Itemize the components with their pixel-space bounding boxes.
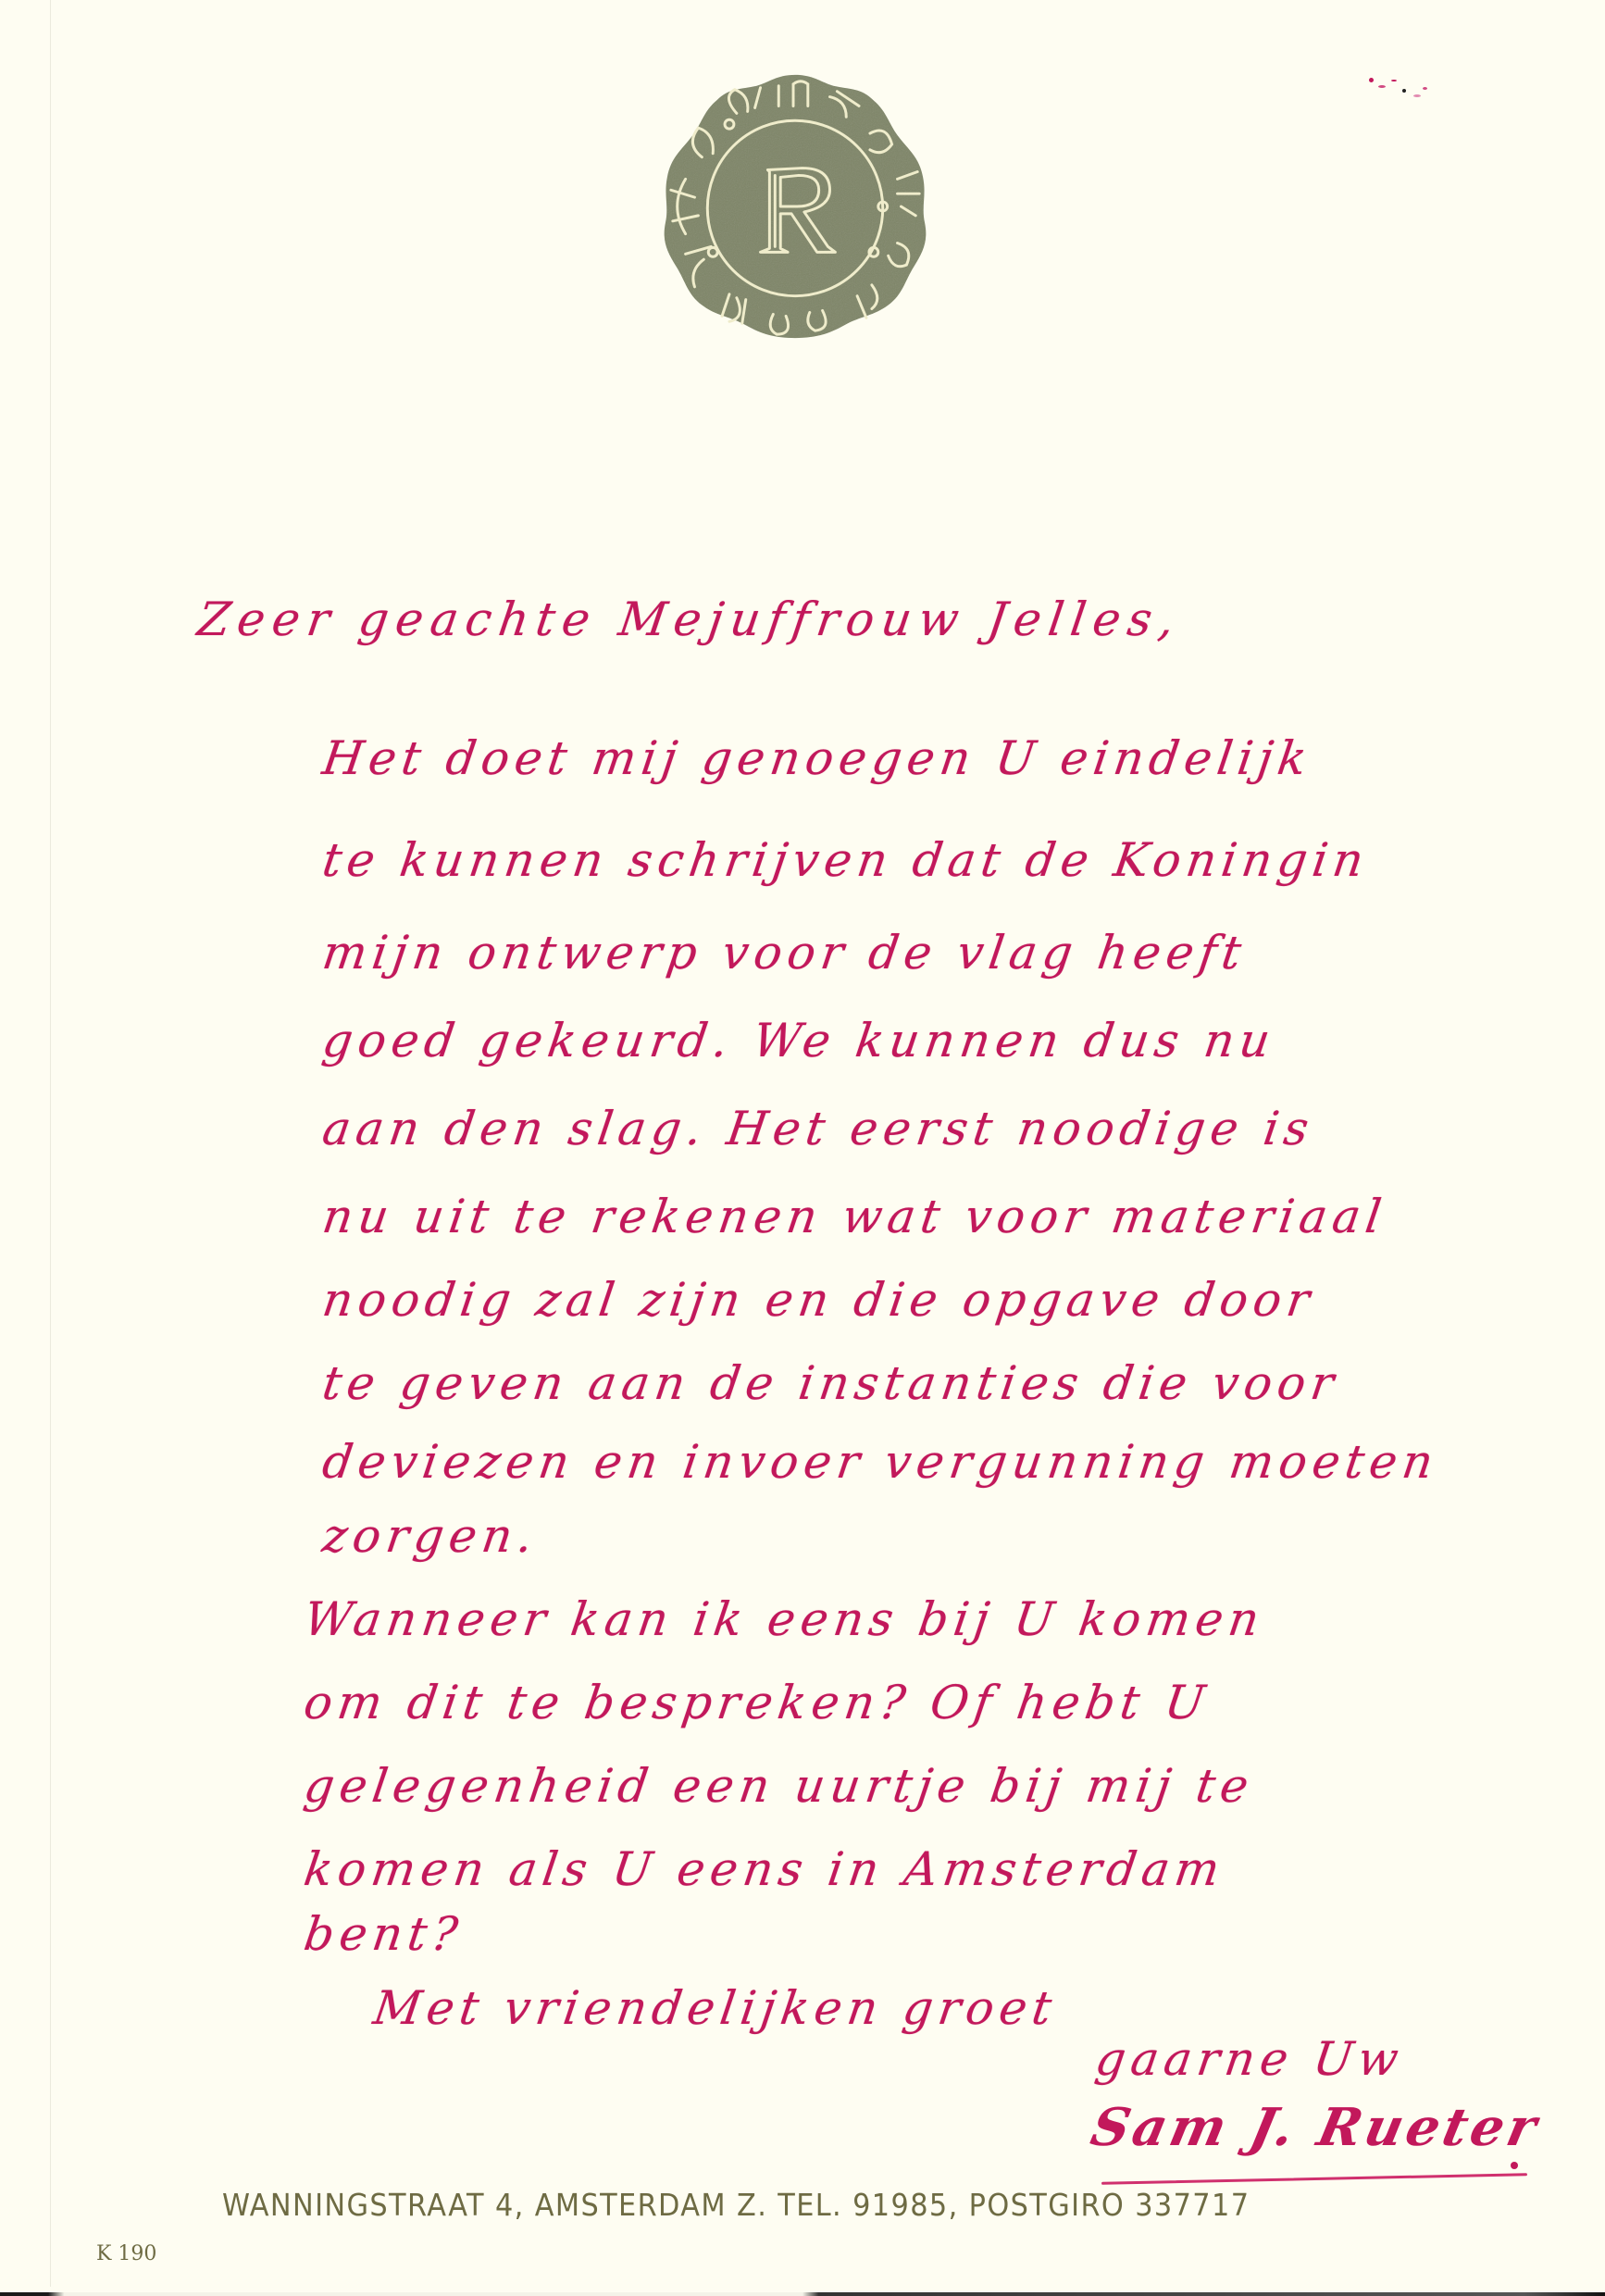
body-line-4: goed gekeurd. We kunnen dus nu bbox=[319, 1014, 1279, 1067]
signature-period bbox=[1511, 2162, 1518, 2169]
seal-monogram-icon bbox=[658, 69, 932, 343]
body-line-15: bent? bbox=[301, 1907, 467, 1961]
body-line-7: noodig zal zijn en die opgave door bbox=[319, 1273, 1318, 1327]
body-line-8: te geven aan de instanties die voor bbox=[319, 1356, 1342, 1410]
paper-edge bbox=[50, 0, 51, 2287]
letter-salutation: Zeer geachte Mejuffrouw Jelles, bbox=[194, 593, 1185, 646]
closing-greeting: Met vriendelijken groet bbox=[370, 1981, 1061, 2035]
letter-page: Zeer geachte Mejuffrouw Jelles, Het doet… bbox=[0, 0, 1605, 2296]
body-line-6: nu uit te rekenen wat voor materiaal bbox=[319, 1190, 1390, 1243]
form-code: K 190 bbox=[96, 2242, 156, 2265]
signature: Sam J. Rueter bbox=[1086, 2097, 1546, 2158]
body-line-13: gelegenheid een uurtje bij mij te bbox=[301, 1759, 1257, 1813]
body-line-1: Het doet mij genoegen U eindelijk bbox=[319, 731, 1315, 785]
signature-underline bbox=[1101, 2173, 1527, 2185]
body-line-14: komen als U eens in Amsterdam bbox=[301, 1842, 1228, 1896]
ink-speck-marks bbox=[1365, 72, 1444, 109]
body-line-12: om dit te bespreken? Of hebt U bbox=[301, 1676, 1213, 1729]
body-line-11: Wanneer kan ik eens bij U komen bbox=[301, 1592, 1268, 1646]
closing-phrase: gaarne Uw bbox=[1092, 2032, 1407, 2086]
scan-edge bbox=[0, 2292, 1605, 2296]
body-line-2: te kunnen schrijven dat de Koningin bbox=[319, 833, 1373, 887]
body-line-5: aan den slag. Het eerst noodige is bbox=[319, 1102, 1317, 1155]
body-line-9: deviezen en invoer vergunning moeten bbox=[319, 1435, 1442, 1489]
letterhead-address: WANNINGSTRAAT 4, AMSTERDAM Z. TEL. 91985… bbox=[222, 2187, 1250, 2223]
body-line-10: zorgen. bbox=[319, 1509, 541, 1563]
body-line-3: mijn ontwerp voor de vlag heeft bbox=[319, 926, 1250, 980]
